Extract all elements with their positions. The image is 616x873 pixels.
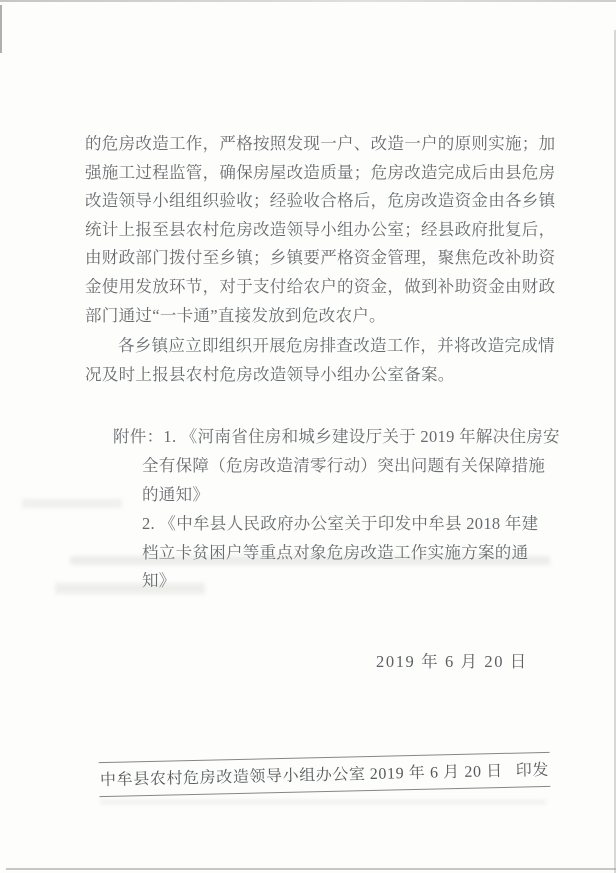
attachment-list: 附件：1. 《河南省住房和城乡建设厅关于 2019 年解决住房安 全有保障（危房… bbox=[113, 423, 560, 596]
attachment-item-1-line-2: 全有保障（危房改造清零行动）突出问题有关保障措施 bbox=[113, 452, 560, 481]
attachment-item-2-line-3: 知》 bbox=[113, 567, 560, 596]
attachment-item-2-line-2: 档立卡贫困户等重点对象危房改造工作实施方案的通 bbox=[113, 539, 560, 568]
text-line: 金使用发放环节，对于支付给农户的资金，做到补助资金由财政 bbox=[85, 273, 555, 302]
text-line: 改造领导小组组织验收；经验收合格后，危房改造资金由各乡镇 bbox=[85, 187, 555, 216]
attachment-item-1-text: 1. 《河南省住房和城乡建设厅关于 2019 年解决住房安 bbox=[163, 427, 559, 446]
attachment-label: 附件： bbox=[113, 427, 163, 446]
body-paragraph-continuation: 的危房改造工作，严格按照发现一户、改造一户的原则实施；加 强施工过程监管，确保房… bbox=[85, 130, 555, 330]
footer-issuer: 中牟县农村危房改造领导小组办公室 bbox=[100, 761, 366, 790]
text-line: 由财政部门拨付至乡镇；乡镇要严格资金管理，聚焦危改补助资 bbox=[85, 244, 555, 273]
scan-edge-bottom bbox=[6, 868, 616, 870]
text-line: 统计上报至县农村危房改造领导小组办公室；经县政府批复后， bbox=[85, 216, 555, 245]
footer-print-date: 2019 年 6 月 20 日 bbox=[370, 763, 503, 783]
text-line: 况及时上报县农村危房改造领导小组办公室备案。 bbox=[85, 361, 555, 390]
text-line: 强施工过程监管，确保房屋改造质量；危房改造完成后由县危房 bbox=[85, 159, 555, 188]
colophon-footer: 中牟县农村危房改造领导小组办公室 2019 年 6 月 20 日印发 bbox=[99, 752, 551, 797]
document-date: 2019 年 6 月 20 日 bbox=[376, 648, 528, 672]
scan-artifact-streak bbox=[22, 499, 122, 508]
attachment-item-2-line-1: 2. 《中牟县人民政府办公室关于印发中牟县 2018 年建 bbox=[113, 510, 560, 539]
attachment-item-1-line-3: 的通知》 bbox=[113, 481, 560, 510]
text-line: 的危房改造工作，严格按照发现一户、改造一户的原则实施；加 bbox=[85, 130, 555, 159]
footer-print-label: 印发 bbox=[516, 762, 550, 780]
scan-artifact-streak bbox=[100, 800, 546, 804]
scan-edge-left-mark bbox=[0, 5, 2, 53]
scan-edge-top bbox=[0, 0, 616, 2]
text-line: 部门通过“一卡通”直接发放到危改农户。 bbox=[85, 302, 555, 331]
scanned-document-page: 的危房改造工作，严格按照发现一户、改造一户的原则实施；加 强施工过程监管，确保房… bbox=[0, 0, 616, 873]
body-paragraph-2: 各乡镇应立即组织开展危房排查改造工作，并将改造完成情 况及时上报县农村危房改造领… bbox=[85, 332, 555, 389]
text-line: 各乡镇应立即组织开展危房排查改造工作，并将改造完成情 bbox=[85, 332, 555, 361]
attachment-item-1-line-1: 附件：1. 《河南省住房和城乡建设厅关于 2019 年解决住房安 bbox=[113, 423, 560, 452]
footer-print-info: 2019 年 6 月 20 日印发 bbox=[370, 757, 550, 784]
